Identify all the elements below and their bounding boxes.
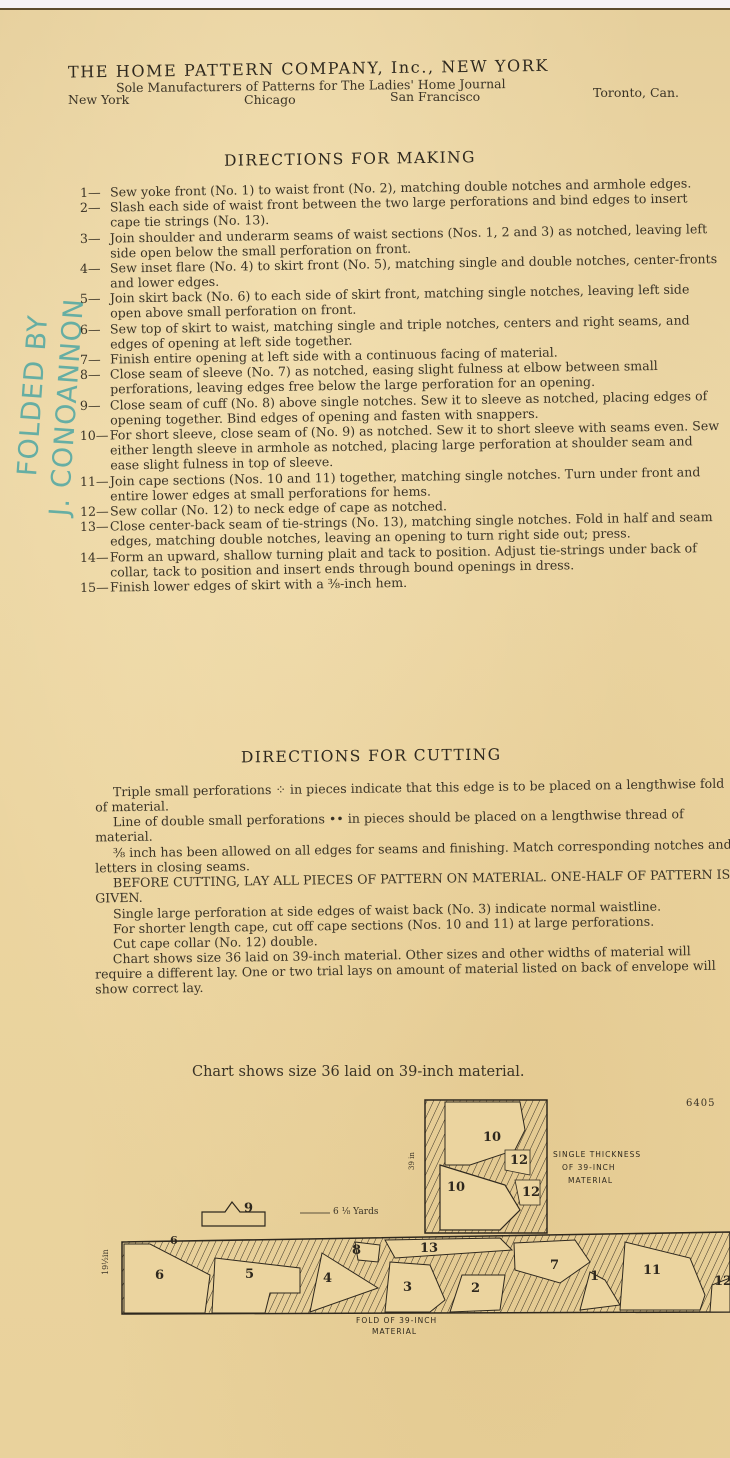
piece-label-5: 5 (245, 1267, 254, 1282)
piece-label-6a: 6 (170, 1234, 178, 1247)
single-thickness-label-1: SINGLE THICKNESS (553, 1150, 641, 1159)
piece-9-outline (202, 1202, 265, 1226)
width-label: 19½in (101, 1249, 110, 1275)
piece-label-11: 11 (643, 1263, 661, 1278)
piece-label-3: 3 (403, 1280, 412, 1295)
piece-label-12c: 12 (714, 1274, 730, 1289)
fold-label-1: FOLD OF 39-INCH (356, 1316, 437, 1325)
piece-label-2: 2 (471, 1281, 480, 1296)
piece-label-7: 7 (550, 1258, 559, 1273)
piece-label-12b: 12 (522, 1185, 540, 1200)
piece-label-12a: 12 (510, 1153, 528, 1168)
piece-label-10b: 10 (447, 1180, 465, 1195)
fold-label-2: MATERIAL (372, 1327, 417, 1336)
height-label: 39 in (408, 1152, 416, 1170)
cutting-layout-diagram (0, 0, 730, 1458)
single-thickness-label-2: OF 39-INCH (562, 1163, 616, 1172)
piece-label-1: 1 (590, 1269, 599, 1284)
piece-label-4: 4 (323, 1271, 332, 1286)
piece-label-6b: 6 (155, 1268, 164, 1283)
single-thickness-box (425, 1100, 547, 1233)
piece-label-13: 13 (420, 1241, 438, 1256)
piece-label-8: 8 (352, 1243, 361, 1258)
piece-label-9: 9 (244, 1201, 253, 1216)
yards-label: 6 ⅛ Yards (333, 1207, 378, 1217)
piece-label-10a: 10 (483, 1130, 501, 1145)
single-thickness-label-3: MATERIAL (568, 1176, 613, 1185)
